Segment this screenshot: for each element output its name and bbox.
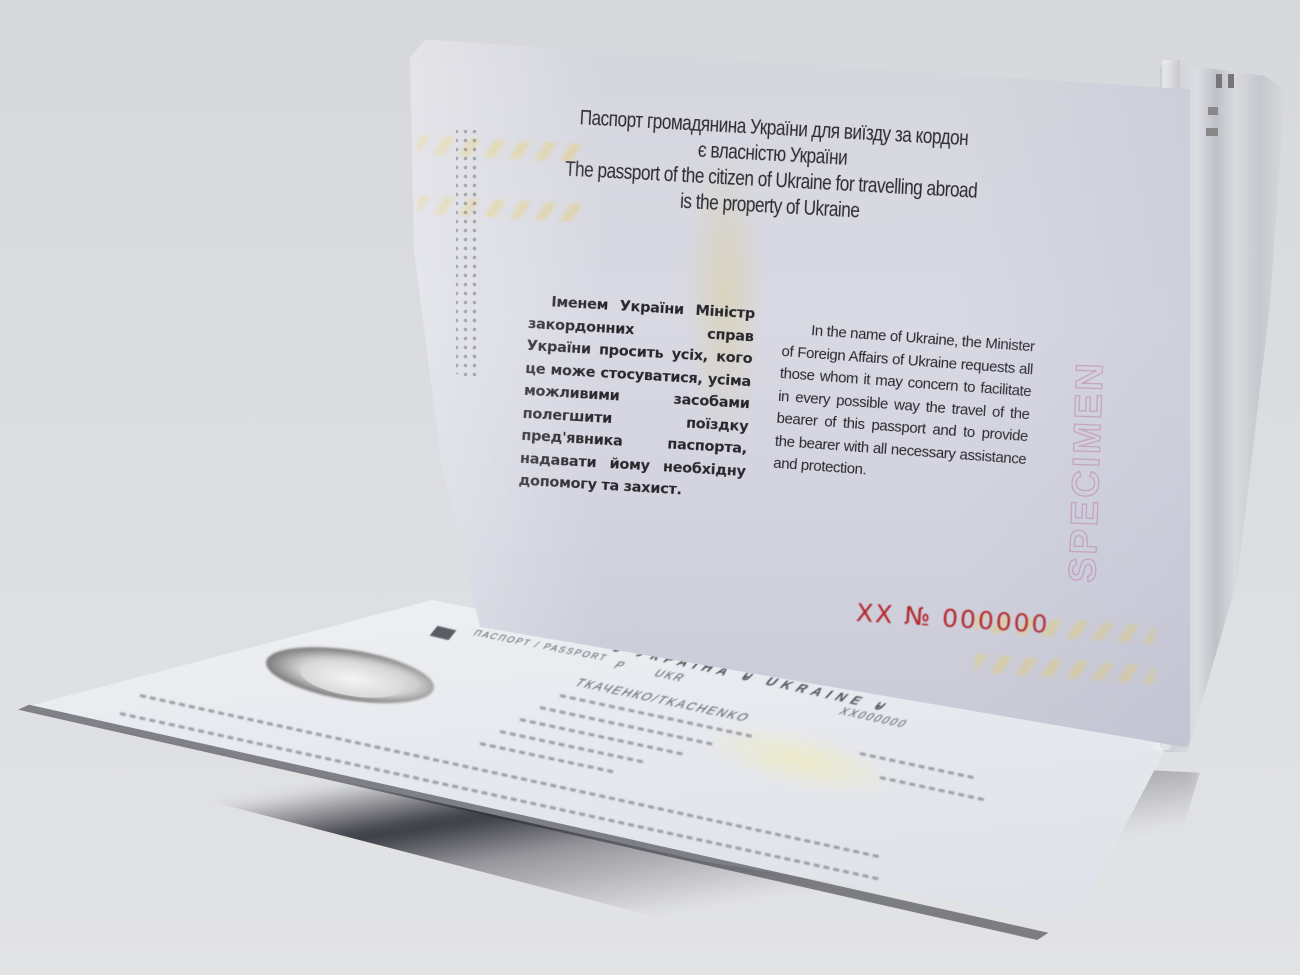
passport-photo-scene: ПАСПОРТ / PASSPORT ⊌ УКРАЇНА ⊌ UKRAINE ⊌… [0,0,1300,975]
specimen-watermark: SPECIMEN [1062,360,1113,584]
request-text-en: In the name of Ukraine, the Minister of … [772,318,1035,494]
request-text-uk: Іменем України Міністр закордонних справ… [518,290,756,506]
